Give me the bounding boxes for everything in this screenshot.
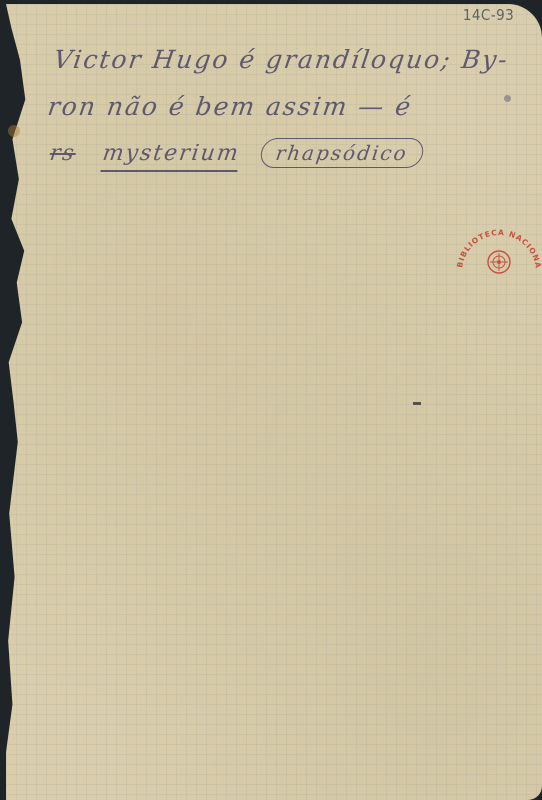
ink-mark <box>413 402 421 405</box>
library-stamp: BIBLIOTECA NACIONAL <box>456 226 542 292</box>
stamp-seal-icon: BIBLIOTECA NACIONAL <box>456 226 542 292</box>
struck-word: rs <box>48 141 77 166</box>
archive-number: 14C-93 <box>463 6 514 24</box>
manuscript-page <box>6 4 542 800</box>
circled-word: rhapsódico <box>259 138 425 168</box>
handwritten-line-1: Victor Hugo é grandíloquo; By- <box>52 45 511 74</box>
underlined-word: mysterium <box>100 141 241 172</box>
paper-stain <box>8 125 20 137</box>
handwritten-line-2: ron não é bem assim — é <box>46 92 414 121</box>
handwritten-line-3: rs mysterium rhapsódico <box>48 138 425 168</box>
ink-dot <box>504 95 511 102</box>
